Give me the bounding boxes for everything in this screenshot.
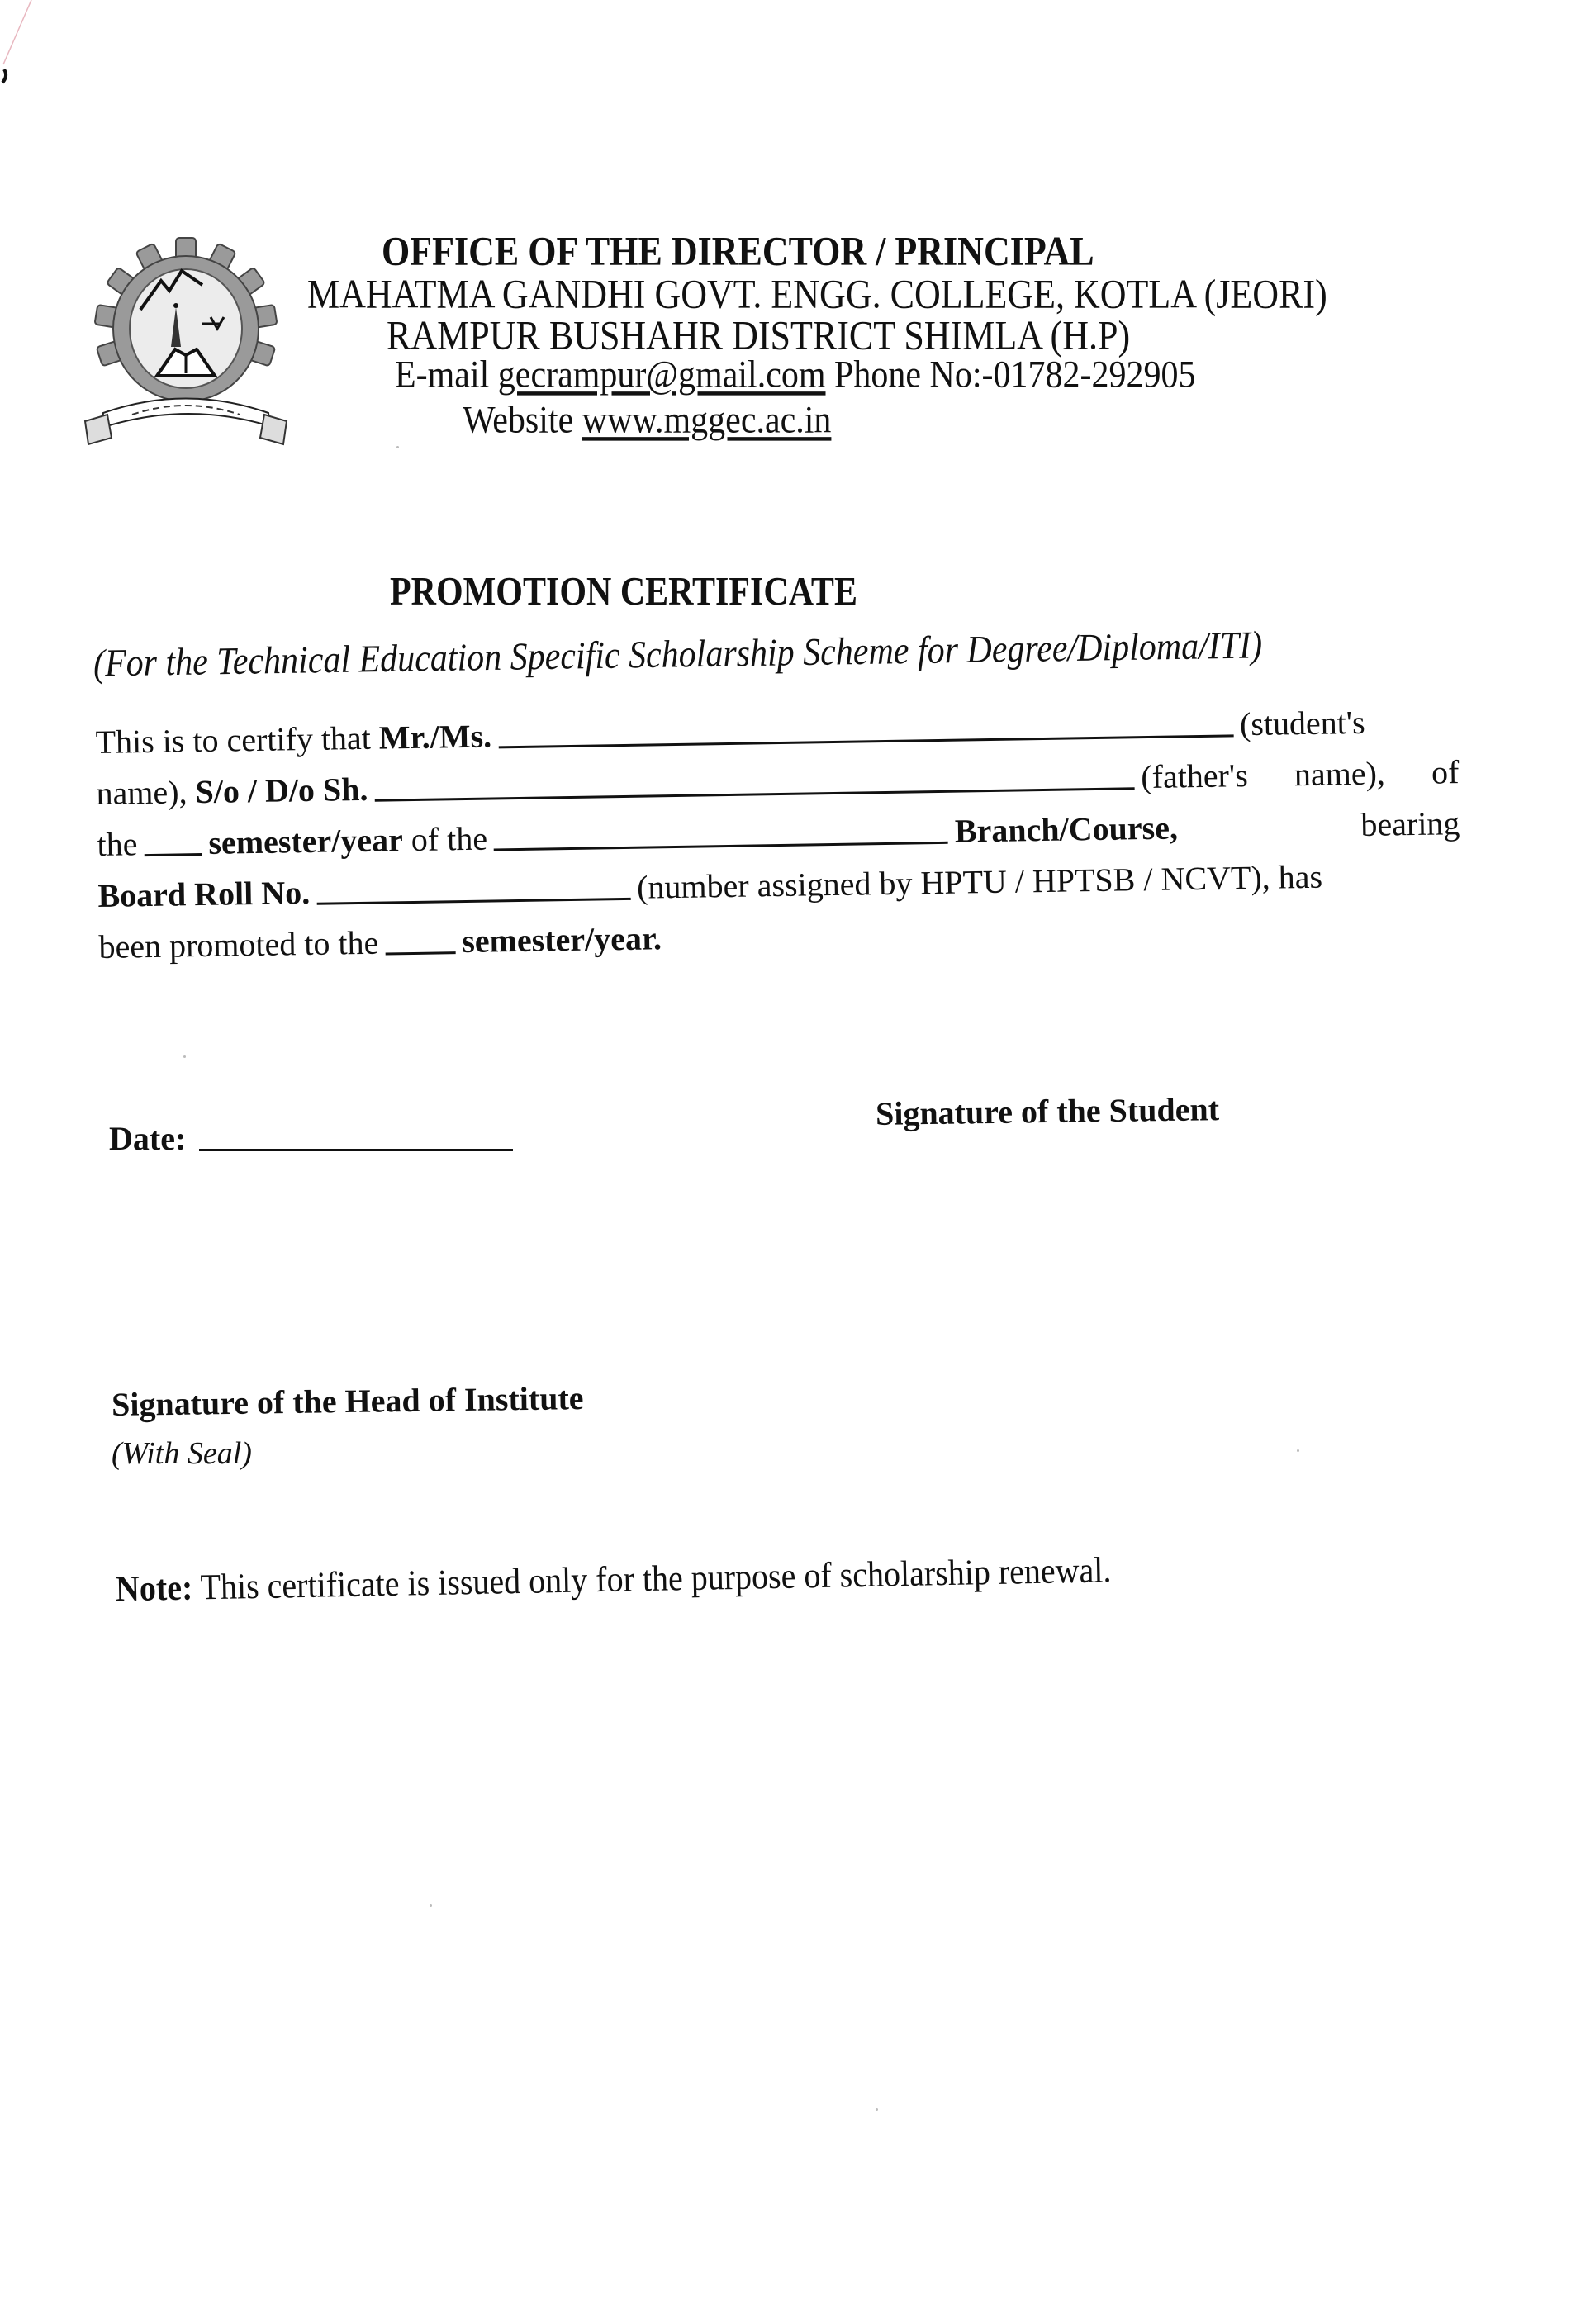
with-seal-label: (With Seal) bbox=[112, 1435, 252, 1472]
website-link[interactable]: www.mggec.ac.in bbox=[582, 399, 832, 442]
body-text: the bbox=[97, 824, 138, 864]
email-link[interactable]: gecrampur@gmail.com bbox=[498, 353, 826, 396]
office-heading: OFFICE OF THE DIRECTOR / PRINCIPAL bbox=[382, 231, 1094, 272]
email-label: E-mail bbox=[395, 353, 489, 396]
scan-speck bbox=[1297, 1449, 1299, 1452]
date-row: Date: bbox=[109, 1119, 520, 1158]
note: Note: This certificate is issued only fo… bbox=[116, 1549, 1112, 1610]
body-text: name), bbox=[1294, 753, 1386, 794]
note-label: Note: bbox=[116, 1567, 193, 1609]
body-text: been promoted to the bbox=[98, 923, 378, 966]
board-roll-no-field[interactable] bbox=[316, 897, 630, 905]
phone-number: Phone No:-01782-292905 bbox=[834, 353, 1195, 396]
body-text-bold: semester/year bbox=[208, 820, 403, 862]
body-text: of the bbox=[411, 819, 487, 859]
certificate-body: This is to certify that Mr./Ms. (student… bbox=[95, 689, 1462, 966]
body-text-bold: Mr./Ms. bbox=[378, 716, 491, 756]
certificate-subtitle: (For the Technical Education Specific Sc… bbox=[93, 624, 1263, 686]
college-name: MAHATMA GANDHI GOVT. ENGG. COLLEGE, KOTL… bbox=[307, 274, 1327, 315]
scan-speck bbox=[430, 1904, 432, 1907]
scan-speck bbox=[876, 2108, 878, 2111]
current-semester-field[interactable] bbox=[145, 852, 202, 856]
body-text: This is to certify that bbox=[95, 719, 371, 761]
body-text: bearing bbox=[1360, 804, 1460, 844]
body-text: name), bbox=[96, 772, 188, 813]
body-text-bold: Branch/Course, bbox=[955, 808, 1179, 850]
body-text-bold: semester/year. bbox=[462, 918, 662, 960]
date-label: Date: bbox=[109, 1119, 186, 1158]
student-signature-label: Signature of the Student bbox=[876, 1089, 1220, 1133]
scan-speck bbox=[396, 446, 399, 448]
body-text: of bbox=[1431, 752, 1460, 792]
head-signature-label: Signature of the Head of Institute bbox=[112, 1378, 584, 1424]
body-text-bold: Board Roll No. bbox=[97, 873, 310, 915]
body-text: (student's bbox=[1240, 703, 1365, 743]
contact-line: E-mail gecrampur@gmail.com Phone No:-017… bbox=[395, 355, 1195, 394]
date-field[interactable] bbox=[199, 1148, 513, 1151]
body-text-bold: S/o / D/o Sh. bbox=[195, 770, 368, 811]
pen-mark-decoration bbox=[0, 0, 50, 91]
college-emblem-icon bbox=[78, 231, 293, 446]
note-text: This certificate is issued only for the … bbox=[200, 1549, 1112, 1608]
branch-course-field[interactable] bbox=[494, 841, 948, 851]
college-address: RAMPUR BUSHAHR DISTRICT SHIMLA (H.P) bbox=[387, 315, 1130, 356]
website-line: Website www.mggec.ac.in bbox=[463, 401, 831, 439]
body-text: (father's bbox=[1141, 756, 1248, 796]
website-label: Website bbox=[463, 399, 573, 442]
promoted-semester-field[interactable] bbox=[385, 951, 455, 955]
certificate-title: PROMOTION CERTIFICATE bbox=[390, 569, 857, 614]
scan-speck bbox=[183, 1055, 186, 1058]
